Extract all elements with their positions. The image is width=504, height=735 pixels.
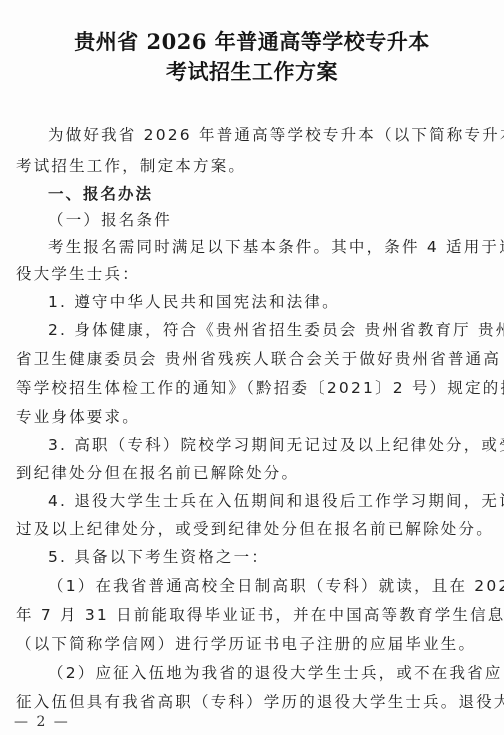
- body-line: 为做好我省 2026 年普通高等学校专升本（以下简称专升本）: [48, 125, 484, 145]
- subsection-heading: （一）报名条件: [48, 210, 484, 230]
- body-line: 过及以上纪律处分，或受到纪律处分但在报名前已解除处分。: [16, 519, 484, 539]
- body-line: 专业身体要求。: [16, 407, 484, 427]
- body-line: 1. 遵守中华人民共和国宪法和法律。: [48, 292, 484, 312]
- document-page: 贵州省 2026 年普通高等学校专升本 考试招生工作方案 为做好我省 2026 …: [0, 0, 504, 735]
- body-line: （2）应征入伍地为我省的退役大学生士兵，或不在我省应: [48, 663, 484, 683]
- body-line: 役大学生士兵：: [16, 264, 484, 284]
- body-line: 考试招生工作，制定本方案。: [16, 156, 484, 176]
- body-line: 4. 退役大学生士兵在入伍期间和退役后工作学习期间，无记: [48, 491, 484, 511]
- body-line: （1）在我省普通高校全日制高职（专科）就读，且在 2026: [48, 576, 484, 596]
- body-line: 省卫生健康委员会 贵州省残疾人联合会关于做好贵州省普通高: [16, 349, 484, 369]
- body-line: 2. 身体健康，符合《贵州省招生委员会 贵州省教育厅 贵州: [48, 320, 484, 340]
- body-line: 年 7 月 31 日前能取得毕业证书，并在中国高等教育学生信息网: [16, 605, 484, 625]
- document-title-line-2: 考试招生工作方案: [0, 56, 504, 86]
- page-number: — 2 —: [14, 714, 70, 730]
- body-line: 等学校招生体检工作的通知》（黔招委〔2021〕2 号）规定的招生: [16, 378, 484, 398]
- document-title-line-1: 贵州省 2026 年普通高等学校专升本: [0, 26, 504, 56]
- body-line: 征入伍但具有我省高职（专科）学历的退役大学生士兵。退役大: [16, 692, 484, 712]
- body-line: 3. 高职（专科）院校学习期间无记过及以上纪律处分，或受: [48, 435, 484, 455]
- body-line: 到纪律处分但在报名前已解除处分。: [16, 463, 484, 483]
- body-line: （以下简称学信网）进行学历证书电子注册的应届毕业生。: [16, 634, 484, 654]
- body-line: 5. 具备以下考生资格之一：: [48, 547, 484, 567]
- section-heading: 一、报名办法: [48, 184, 484, 204]
- body-line: 考生报名需同时满足以下基本条件。其中，条件 4 适用于退: [48, 237, 484, 257]
